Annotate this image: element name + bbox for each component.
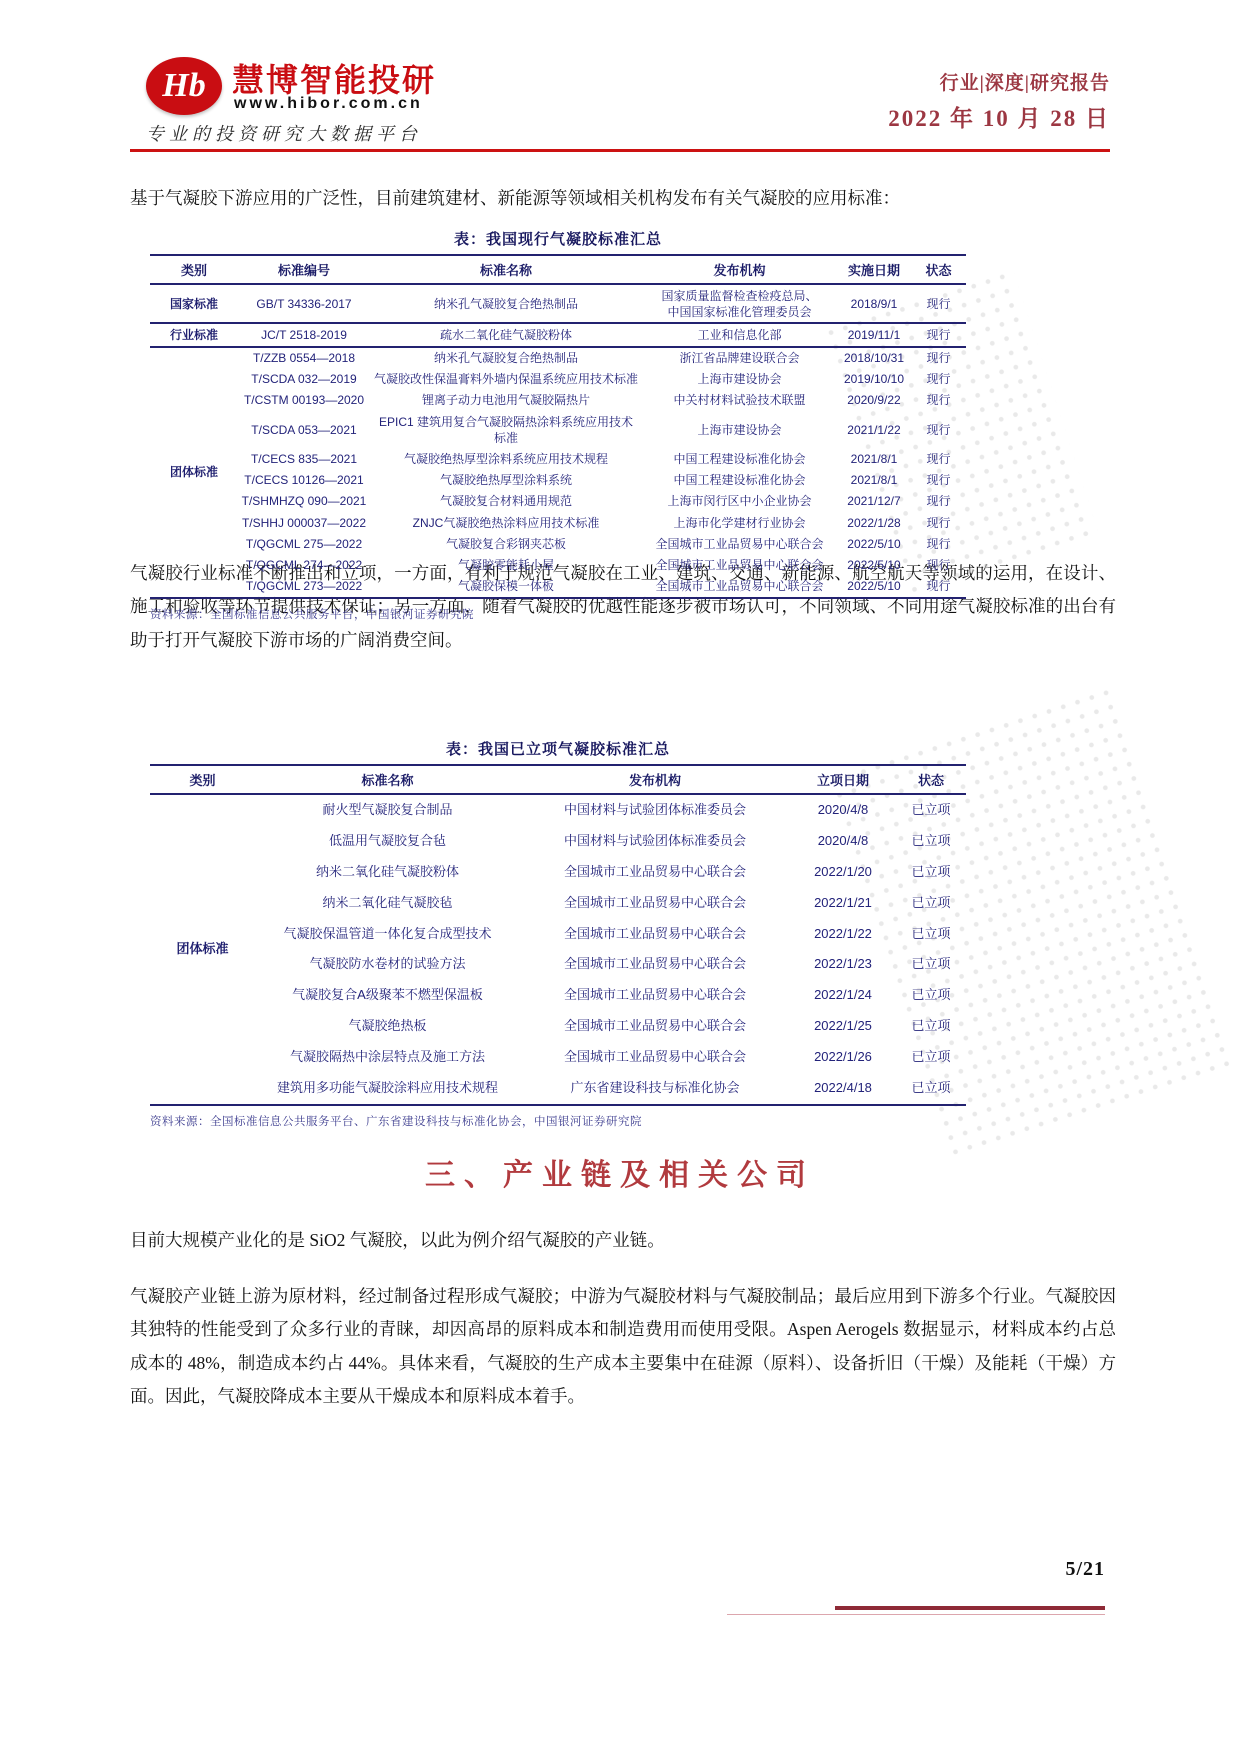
table-title: 表：我国已立项气凝胶标准汇总 bbox=[150, 738, 966, 759]
table-row: T/SCDA 053—2021EPIC1 建筑用复合气凝胶隔热涂料系统应用技术标… bbox=[150, 411, 966, 448]
table-cell: 现行 bbox=[911, 512, 966, 533]
table-cell: 现行 bbox=[911, 369, 966, 390]
table-cell: 纳米二氧化硅气凝胶粉体 bbox=[255, 857, 520, 888]
column-header: 标准名称 bbox=[370, 255, 642, 284]
page-number: 5/21 bbox=[1065, 1558, 1105, 1581]
table-cell: 2022/5/10 bbox=[837, 533, 911, 554]
column-header: 状态 bbox=[911, 255, 966, 284]
table-cell: GB/T 34336-2017 bbox=[238, 284, 370, 323]
table-cell: 耐火型气凝胶复合制品 bbox=[255, 794, 520, 826]
header-divider bbox=[130, 149, 1110, 152]
table-cell: 全国城市工业品贸易中心联合会 bbox=[520, 1042, 790, 1073]
table-cell: 2021/1/22 bbox=[837, 411, 911, 448]
paragraph-industry-chain: 气凝胶产业链上游为原材料，经过制备过程形成气凝胶；中游为气凝胶材料与气凝胶制品；… bbox=[130, 1280, 1116, 1413]
table-cell: T/SHHJ 000037—2022 bbox=[238, 512, 370, 533]
table-cell: 气凝胶隔热中涂层特点及施工方法 bbox=[255, 1042, 520, 1073]
table-cell: 气凝胶防水卷材的试验方法 bbox=[255, 949, 520, 980]
table-cell: T/ZZB 0554—2018 bbox=[238, 347, 370, 369]
table-cell: 全国城市工业品贸易中心联合会 bbox=[520, 1011, 790, 1042]
table-cell: 2022/1/28 bbox=[837, 512, 911, 533]
table-cell: 低温用气凝胶复合毡 bbox=[255, 826, 520, 857]
footer-rule-dark bbox=[835, 1606, 1105, 1610]
table-cell: T/SCDA 053—2021 bbox=[238, 411, 370, 448]
table-cell: 2022/1/21 bbox=[790, 888, 896, 919]
table-cell: 纳米孔气凝胶复合绝热制品 bbox=[370, 347, 642, 369]
initiated-standards-table: 类别标准名称发布机构立项日期状态团体标准耐火型气凝胶复合制品中国材料与试验团体标… bbox=[150, 764, 966, 1106]
table-cell: 纳米二氧化硅气凝胶毡 bbox=[255, 888, 520, 919]
column-header: 立项日期 bbox=[790, 765, 896, 794]
table-cell: T/QGCML 273—2022 bbox=[238, 576, 370, 598]
table-cell: T/SCDA 032—2019 bbox=[238, 369, 370, 390]
table-cell: 浙江省品牌建设联合会 bbox=[642, 347, 837, 369]
table-cell: 上海市建设协会 bbox=[642, 369, 837, 390]
column-header: 发布机构 bbox=[642, 255, 837, 284]
table-cell: ZNJC气凝胶绝热涂料应用技术标准 bbox=[370, 512, 642, 533]
table-cell: 国家质量监督检查检疫总局、 中国国家标准化管理委员会 bbox=[642, 284, 837, 323]
column-header: 类别 bbox=[150, 765, 255, 794]
table-cell: 全国城市工业品贸易中心联合会 bbox=[520, 919, 790, 950]
table-cell: 气凝胶复合彩钢夹芯板 bbox=[370, 533, 642, 554]
table-row: T/QGCML 275—2022气凝胶复合彩钢夹芯板全国城市工业品贸易中心联合会… bbox=[150, 533, 966, 554]
table-cell: 2020/4/8 bbox=[790, 826, 896, 857]
table-cell: 已立项 bbox=[896, 826, 966, 857]
table-cell: 现行 bbox=[911, 554, 966, 575]
table-header-row: 类别标准名称发布机构立项日期状态 bbox=[150, 765, 966, 794]
table-row: T/QGCML 274—2022气凝胶零能耗小屋全国城市工业品贸易中心联合会20… bbox=[150, 554, 966, 575]
table-cell: 已立项 bbox=[896, 919, 966, 950]
table-cell: 2018/9/1 bbox=[837, 284, 911, 323]
table-cell: 2022/1/25 bbox=[790, 1011, 896, 1042]
table-row: 纳米二氧化硅气凝胶粉体全国城市工业品贸易中心联合会2022/1/20已立项 bbox=[150, 857, 966, 888]
footer-rule-light bbox=[727, 1614, 1105, 1615]
column-header: 状态 bbox=[896, 765, 966, 794]
table-row: 团体标准T/ZZB 0554—2018纳米孔气凝胶复合绝热制品浙江省品牌建设联合… bbox=[150, 347, 966, 369]
table-cell: 2022/1/24 bbox=[790, 980, 896, 1011]
table-cell: 2020/9/22 bbox=[837, 390, 911, 411]
table-cell: 已立项 bbox=[896, 1042, 966, 1073]
table-row: 气凝胶保温管道一体化复合成型技术全国城市工业品贸易中心联合会2022/1/22已… bbox=[150, 919, 966, 950]
table-row: T/SCDA 032—2019气凝胶改性保温膏料外墙内保温系统应用技术标准上海市… bbox=[150, 369, 966, 390]
table-cell: 气凝胶绝热板 bbox=[255, 1011, 520, 1042]
table-cell: 中国材料与试验团体标准委员会 bbox=[520, 794, 790, 826]
table-cell: 气凝胶绝热厚型涂料系统 bbox=[370, 470, 642, 491]
column-header: 发布机构 bbox=[520, 765, 790, 794]
report-date: 2022 年 10 月 28 日 bbox=[888, 100, 1110, 133]
hibor-logo-icon: Hb bbox=[146, 57, 222, 115]
header-right: 行业|深度|研究报告 2022 年 10 月 28 日 bbox=[888, 68, 1110, 133]
table-row: 低温用气凝胶复合毡中国材料与试验团体标准委员会2020/4/8已立项 bbox=[150, 826, 966, 857]
table-cell: 中国工程建设标准化协会 bbox=[642, 449, 837, 470]
table-cell: T/CSTM 00193—2020 bbox=[238, 390, 370, 411]
paragraph-intro: 基于气凝胶下游应用的广泛性，目前建筑建材、新能源等领域相关机构发布有关气凝胶的应… bbox=[130, 182, 1116, 215]
table-cell: 中关村材料试验技术联盟 bbox=[642, 390, 837, 411]
report-page: Hb 慧博智能投研 www.hibor.com.cn 专业的投资研究大数据平台 … bbox=[0, 0, 1241, 1755]
table-cell: 广东省建设科技与标准化协会 bbox=[520, 1073, 790, 1105]
category-cell: 国家标准 bbox=[150, 284, 238, 323]
table-cell: 2022/1/23 bbox=[790, 949, 896, 980]
table-cell: 现行 bbox=[911, 576, 966, 598]
table-cell: 2022/1/22 bbox=[790, 919, 896, 950]
table-row: T/CECS 835—2021气凝胶绝热厚型涂料系统应用技术规程中国工程建设标准… bbox=[150, 449, 966, 470]
table-row: T/QGCML 273—2022气凝胶保模一体板全国城市工业品贸易中心联合会20… bbox=[150, 576, 966, 598]
table-source-note: 资料来源：全国标准信息公共服务平台、广东省建设科技与标准化协会，中国银河证券研究… bbox=[150, 1113, 966, 1129]
table-cell: 现行 bbox=[911, 449, 966, 470]
table-cell: 中国工程建设标准化协会 bbox=[642, 470, 837, 491]
table-cell: 全国城市工业品贸易中心联合会 bbox=[642, 576, 837, 598]
table-cell: 已立项 bbox=[896, 1073, 966, 1105]
table-cell: T/CECS 835—2021 bbox=[238, 449, 370, 470]
table-cell: 2021/8/1 bbox=[837, 449, 911, 470]
table-cell: 2022/1/26 bbox=[790, 1042, 896, 1073]
table-cell: 锂离子动力电池用气凝胶隔热片 bbox=[370, 390, 642, 411]
table-cell: 上海市建设协会 bbox=[642, 411, 837, 448]
table-cell: 建筑用多功能气凝胶涂料应用技术规程 bbox=[255, 1073, 520, 1105]
table-cell: 现行 bbox=[911, 347, 966, 369]
table-cell: JC/T 2518-2019 bbox=[238, 323, 370, 346]
table-cell: 气凝胶保温管道一体化复合成型技术 bbox=[255, 919, 520, 950]
table-current-standards: 表：我国现行气凝胶标准汇总 类别标准编号标准名称发布机构实施日期状态国家标准GB… bbox=[150, 228, 966, 622]
table-cell: 已立项 bbox=[896, 1011, 966, 1042]
column-header: 标准名称 bbox=[255, 765, 520, 794]
table-cell: 气凝胶保模一体板 bbox=[370, 576, 642, 598]
column-header: 标准编号 bbox=[238, 255, 370, 284]
table-cell: 气凝胶零能耗小屋 bbox=[370, 554, 642, 575]
column-header: 类别 bbox=[150, 255, 238, 284]
table-cell: 全国城市工业品贸易中心联合会 bbox=[520, 980, 790, 1011]
table-row: T/CECS 10126—2021气凝胶绝热厚型涂料系统中国工程建设标准化协会2… bbox=[150, 470, 966, 491]
table-title: 表：我国现行气凝胶标准汇总 bbox=[150, 228, 966, 249]
table-cell: 全国城市工业品贸易中心联合会 bbox=[642, 554, 837, 575]
table-row: T/SHHJ 000037—2022ZNJC气凝胶绝热涂料应用技术标准上海市化学… bbox=[150, 512, 966, 533]
current-standards-table: 类别标准编号标准名称发布机构实施日期状态国家标准GB/T 34336-2017纳… bbox=[150, 254, 966, 599]
table-cell: 2021/8/1 bbox=[837, 470, 911, 491]
table-cell: 现行 bbox=[911, 533, 966, 554]
table-row: 国家标准GB/T 34336-2017纳米孔气凝胶复合绝热制品国家质量监督检查检… bbox=[150, 284, 966, 323]
table-cell: 工业和信息化部 bbox=[642, 323, 837, 346]
table-cell: 2019/11/1 bbox=[837, 323, 911, 346]
table-cell: 已立项 bbox=[896, 980, 966, 1011]
category-cell: 团体标准 bbox=[150, 794, 255, 1105]
table-row: 气凝胶防水卷材的试验方法全国城市工业品贸易中心联合会2022/1/23已立项 bbox=[150, 949, 966, 980]
table-cell: 上海市闵行区中小企业协会 bbox=[642, 491, 837, 512]
table-cell: 疏水二氧化硅气凝胶粉体 bbox=[370, 323, 642, 346]
table-initiated-standards: 表：我国已立项气凝胶标准汇总 类别标准名称发布机构立项日期状态团体标准耐火型气凝… bbox=[150, 738, 966, 1129]
table-cell: 现行 bbox=[911, 491, 966, 512]
brand-tagline: 专业的投资研究大数据平台 bbox=[146, 120, 422, 146]
table-cell: T/QGCML 275—2022 bbox=[238, 533, 370, 554]
table-cell: 已立项 bbox=[896, 794, 966, 826]
table-cell: EPIC1 建筑用复合气凝胶隔热涂料系统应用技术标准 bbox=[370, 411, 642, 448]
table-cell: 2021/12/7 bbox=[837, 491, 911, 512]
table-cell: 现行 bbox=[911, 323, 966, 346]
table-cell: 中国材料与试验团体标准委员会 bbox=[520, 826, 790, 857]
table-cell: 纳米孔气凝胶复合绝热制品 bbox=[370, 284, 642, 323]
table-cell: 气凝胶绝热厚型涂料系统应用技术规程 bbox=[370, 449, 642, 470]
table-cell: 2022/5/10 bbox=[837, 576, 911, 598]
table-row: 气凝胶复合A级聚苯不燃型保温板全国城市工业品贸易中心联合会2022/1/24已立… bbox=[150, 980, 966, 1011]
table-source-note: 资料来源：全国标准信息公共服务平台，中国银河证券研究院 bbox=[150, 606, 966, 622]
table-cell: 全国城市工业品贸易中心联合会 bbox=[520, 949, 790, 980]
table-cell: 现行 bbox=[911, 411, 966, 448]
table-cell: T/SHMHZQ 090—2021 bbox=[238, 491, 370, 512]
table-cell: 2020/4/8 bbox=[790, 794, 896, 826]
table-cell: 现行 bbox=[911, 284, 966, 323]
table-cell: 2018/10/31 bbox=[837, 347, 911, 369]
report-type-label: 行业|深度|研究报告 bbox=[888, 68, 1110, 95]
table-row: T/CSTM 00193—2020锂离子动力电池用气凝胶隔热片中关村材料试验技术… bbox=[150, 390, 966, 411]
table-cell: 气凝胶复合材料通用规范 bbox=[370, 491, 642, 512]
table-cell: 2022/1/20 bbox=[790, 857, 896, 888]
table-cell: 全国城市工业品贸易中心联合会 bbox=[520, 888, 790, 919]
table-cell: 现行 bbox=[911, 390, 966, 411]
table-cell: 气凝胶改性保温膏料外墙内保温系统应用技术标准 bbox=[370, 369, 642, 390]
table-cell: 已立项 bbox=[896, 857, 966, 888]
table-row: 团体标准耐火型气凝胶复合制品中国材料与试验团体标准委员会2020/4/8已立项 bbox=[150, 794, 966, 826]
table-cell: 现行 bbox=[911, 470, 966, 491]
table-cell: 气凝胶复合A级聚苯不燃型保温板 bbox=[255, 980, 520, 1011]
table-row: T/SHMHZQ 090—2021气凝胶复合材料通用规范上海市闵行区中小企业协会… bbox=[150, 491, 966, 512]
table-cell: 2022/5/10 bbox=[837, 554, 911, 575]
category-cell: 团体标准 bbox=[150, 347, 238, 598]
table-cell: 已立项 bbox=[896, 949, 966, 980]
table-header-row: 类别标准编号标准名称发布机构实施日期状态 bbox=[150, 255, 966, 284]
table-cell: 全国城市工业品贸易中心联合会 bbox=[642, 533, 837, 554]
table-row: 建筑用多功能气凝胶涂料应用技术规程广东省建设科技与标准化协会2022/4/18已… bbox=[150, 1073, 966, 1105]
table-cell: T/CECS 10126—2021 bbox=[238, 470, 370, 491]
table-row: 气凝胶绝热板全国城市工业品贸易中心联合会2022/1/25已立项 bbox=[150, 1011, 966, 1042]
column-header: 实施日期 bbox=[837, 255, 911, 284]
table-row: 纳米二氧化硅气凝胶毡全国城市工业品贸易中心联合会2022/1/21已立项 bbox=[150, 888, 966, 919]
logo-monogram: Hb bbox=[162, 67, 205, 105]
table-row: 气凝胶隔热中涂层特点及施工方法全国城市工业品贸易中心联合会2022/1/26已立… bbox=[150, 1042, 966, 1073]
table-cell: 上海市化学建材行业协会 bbox=[642, 512, 837, 533]
table-cell: 已立项 bbox=[896, 888, 966, 919]
table-cell: 2022/4/18 bbox=[790, 1073, 896, 1105]
category-cell: 行业标准 bbox=[150, 323, 238, 346]
brand-url: www.hibor.com.cn bbox=[234, 95, 423, 113]
table-cell: T/QGCML 274—2022 bbox=[238, 554, 370, 575]
table-row: 行业标准JC/T 2518-2019疏水二氧化硅气凝胶粉体工业和信息化部2019… bbox=[150, 323, 966, 346]
section-heading-industry-chain: 三、产业链及相关公司 bbox=[130, 1150, 1110, 1194]
table-cell: 全国城市工业品贸易中心联合会 bbox=[520, 857, 790, 888]
paragraph-sio2-intro: 目前大规模产业化的是 SiO2 气凝胶，以此为例介绍气凝胶的产业链。 bbox=[130, 1224, 1116, 1257]
table-cell: 2019/10/10 bbox=[837, 369, 911, 390]
